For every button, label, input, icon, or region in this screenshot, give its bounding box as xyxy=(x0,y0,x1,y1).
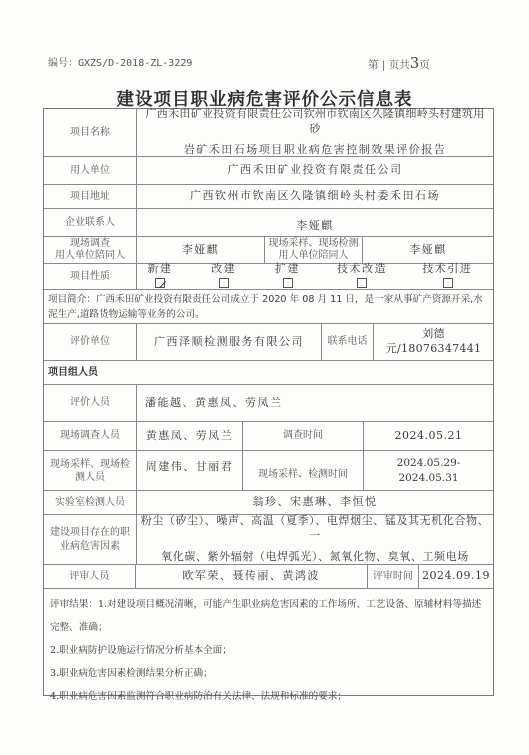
nature-option-expand-label: 扩建 xyxy=(275,262,300,275)
row-sampling: 现场采样、现场检 测人员 周建伟、甘丽君 现场采样、检测时间 2024.05.2… xyxy=(44,450,493,490)
hazards-label-line2: 业病危害因素 xyxy=(60,540,120,554)
nature-label: 项目性质 xyxy=(44,264,136,289)
sampling-time-label: 现场采样、检测时间 xyxy=(242,451,363,490)
page-total: 3 xyxy=(410,54,420,72)
escort-value: 李娅麒 xyxy=(136,237,264,263)
review-label: 评审人员 xyxy=(44,565,135,588)
nature-option-rebuild-label: 改建 xyxy=(211,262,236,275)
project-brief: 项目简介：广西禾田矿业投资有限责任公司成立于 2020 年 08 月 11 日，… xyxy=(44,290,493,323)
project-name-value: 广西禾田矿业投资有限责任公司钦州市钦南区久隆镇细岭头村建筑用砂 岩矿禾田石场项目… xyxy=(136,109,493,156)
nature-option-tech-import-label: 技术引进 xyxy=(422,262,472,275)
hazards-value-line1: 粉尘（矽尘）、噪声、高温（夏季）、电焊烟尘、锰及其无机化合物、一 xyxy=(140,514,490,544)
nature-option-new-label: 新建 xyxy=(147,262,172,275)
escort-label: 现场调查 用人单位陪同人 xyxy=(44,237,136,263)
hazards-label-line1: 建设项目存在的职 xyxy=(50,526,130,540)
row-results: 评审结果：1.对建设项目概况清晰，可能产生职业病危害因素的工作场所、工艺设备、原… xyxy=(44,588,493,695)
survey-value: 黄惠凤、劳凤兰 xyxy=(136,422,242,450)
eval-unit-value: 广西泽顺检测服务有限公司 xyxy=(136,324,321,360)
page-indicator: 第 | 页共3页 xyxy=(368,54,430,72)
row-review: 评审人员 欧军荣、聂传丽、黄鸿波 评审时间 2024.09.19 xyxy=(44,564,493,588)
checkbox-icon[interactable] xyxy=(283,278,293,288)
survey-label: 现场调查人员 xyxy=(44,422,136,450)
checkbox-icon[interactable] xyxy=(219,278,229,288)
address-label: 项目地址 xyxy=(44,185,136,208)
result-line-2: 完整、准确； xyxy=(50,616,487,639)
page-current: | xyxy=(382,59,386,71)
sampling-label-line1: 现场采样、现场检 xyxy=(50,458,130,471)
evaluators-label: 评价人员 xyxy=(44,385,136,421)
project-name-label: 项目名称 xyxy=(44,109,136,156)
review-results: 评审结果：1.对建设项目概况清晰，可能产生职业病危害因素的工作场所、工艺设备、原… xyxy=(44,589,493,695)
sampling-time-value: 2024.05.29-2024.05.31 xyxy=(363,451,493,490)
eval-unit-label: 评价单位 xyxy=(44,324,136,360)
checkbox-icon[interactable] xyxy=(443,278,453,288)
survey-time-value: 2024.05.21 xyxy=(363,422,493,450)
row-address: 项目地址 广西钦州市钦南区久隆镇细岭头村委禾田石场 xyxy=(44,184,493,208)
nature-option-expand[interactable]: 扩建 xyxy=(268,262,320,292)
page-prefix: 第 xyxy=(368,59,379,71)
nature-options: 新建 改建 扩建 技术改造 技术引进 xyxy=(136,264,493,289)
result-line-3: 2.职业病防护设施运行情况分析基本全面； xyxy=(50,639,487,662)
lab-value: 翁珍、宋惠琳、李恒悦 xyxy=(136,491,493,514)
hazards-label: 建设项目存在的职 业病危害因素 xyxy=(44,515,136,564)
project-name-line2: 岩矿禾田石场项目职业病危害控制效果评价报告 xyxy=(184,143,447,158)
row-escort: 现场调查 用人单位陪同人 李娅麒 现场采样、现场检测 用人单位陪同人 李娅麒 xyxy=(44,236,493,263)
row-team-header: 项目组人员 xyxy=(44,360,493,384)
nature-option-tech-upgrade-label: 技术改造 xyxy=(337,262,387,275)
sampling-escort-label-line2: 用人单位陪同人 xyxy=(279,250,349,263)
result-line-1: 评审结果：1.对建设项目概况清晰，可能产生职业病危害因素的工作场所、工艺设备、原… xyxy=(50,593,487,616)
row-brief: 项目简介：广西禾田矿业投资有限责任公司成立于 2020 年 08 月 11 日，… xyxy=(44,289,493,323)
page-mid: 页共 xyxy=(389,59,410,71)
phone-value: 刘德元/18076347441 xyxy=(373,324,493,360)
project-name-line1: 广西禾田矿业投资有限责任公司钦州市钦南区久隆镇细岭头村建筑用砂 xyxy=(140,107,490,137)
review-value: 欧军荣、聂传丽、黄鸿波 xyxy=(135,565,367,588)
row-eval-unit: 评价单位 广西泽顺检测服务有限公司 联系电话 刘德元/18076347441 xyxy=(44,323,493,360)
sampling-label: 现场采样、现场检 测人员 xyxy=(44,451,136,490)
team-header: 项目组人员 xyxy=(44,361,493,384)
row-evaluators: 评价人员 潘能越、黄惠凤、劳凤兰 xyxy=(44,384,493,421)
sampling-escort-label: 现场采样、现场检测 用人单位陪同人 xyxy=(264,237,362,263)
phone-label: 联系电话 xyxy=(321,324,373,360)
evaluators-value: 潘能越、黄惠凤、劳凤兰 xyxy=(136,385,493,421)
nature-option-tech-import[interactable]: 技术引进 xyxy=(417,262,490,292)
address-value: 广西钦州市钦南区久隆镇细岭头村委禾田石场 xyxy=(136,185,493,208)
row-employer: 用人单位 广西禾田矿业投资有限责任公司 xyxy=(44,156,493,184)
contact-value: 李娅麒 xyxy=(136,209,493,236)
nature-option-tech-upgrade[interactable]: 技术改造 xyxy=(331,262,404,292)
employer-label: 用人单位 xyxy=(44,157,136,184)
sampling-escort-label-line1: 现场采样、现场检测 xyxy=(269,238,359,251)
hazards-value: 粉尘（矽尘）、噪声、高温（夏季）、电焊烟尘、锰及其无机化合物、一 氧化碳、紫外辐… xyxy=(136,515,493,564)
escort-label-line2: 用人单位陪同人 xyxy=(55,250,125,263)
row-contact: 企业联系人 李娅麒 xyxy=(44,208,493,236)
nature-option-rebuild[interactable]: 改建 xyxy=(204,262,256,292)
document-number: 编号：GXZS/D-2018-ZL-3229 xyxy=(48,54,192,69)
row-hazards: 建设项目存在的职 业病危害因素 粉尘（矽尘）、噪声、高温（夏季）、电焊烟尘、锰及… xyxy=(44,514,493,564)
nature-option-new[interactable]: 新建 xyxy=(140,262,192,292)
checkbox-checked-icon[interactable] xyxy=(155,278,165,288)
page-suffix: 页 xyxy=(419,59,430,71)
review-time-label: 评审时间 xyxy=(367,565,418,588)
hazards-value-line2: 氧化碳、紫外辐射（电焊弧光）、氮氧化物、臭氧、工频电场 xyxy=(161,550,469,565)
row-lab: 实验室检测人员 翁珍、宋惠琳、李恒悦 xyxy=(44,490,493,514)
review-time-value: 2024.09.19 xyxy=(418,565,493,588)
row-project-name: 项目名称 广西禾田矿业投资有限责任公司钦州市钦南区久隆镇细岭头村建筑用砂 岩矿禾… xyxy=(44,109,493,156)
info-table: 项目名称 广西禾田矿业投资有限责任公司钦州市钦南区久隆镇细岭头村建筑用砂 岩矿禾… xyxy=(43,108,494,696)
employer-value: 广西禾田矿业投资有限责任公司 xyxy=(136,157,493,184)
lab-label: 实验室检测人员 xyxy=(44,491,136,514)
survey-time-label: 调查时间 xyxy=(242,422,363,450)
result-line-4: 3.职业病危害因素检测结果分析正确； xyxy=(50,662,487,685)
sampling-value: 周建伟、甘丽君 xyxy=(136,451,242,490)
contact-label: 企业联系人 xyxy=(44,209,136,236)
sampling-escort-value: 李娅麒 xyxy=(362,237,493,263)
row-nature: 项目性质 新建 改建 扩建 技术改造 技术引进 xyxy=(44,263,493,289)
result-line-5: 4.职业病危害因素监测符合职业病防治有关法律、法规和标准的要求； xyxy=(50,685,487,708)
escort-label-line1: 现场调查 xyxy=(70,238,110,251)
row-survey: 现场调查人员 黄惠凤、劳凤兰 调查时间 2024.05.21 xyxy=(44,421,493,450)
sampling-label-line2: 测人员 xyxy=(75,471,105,484)
checkbox-icon[interactable] xyxy=(357,278,367,288)
